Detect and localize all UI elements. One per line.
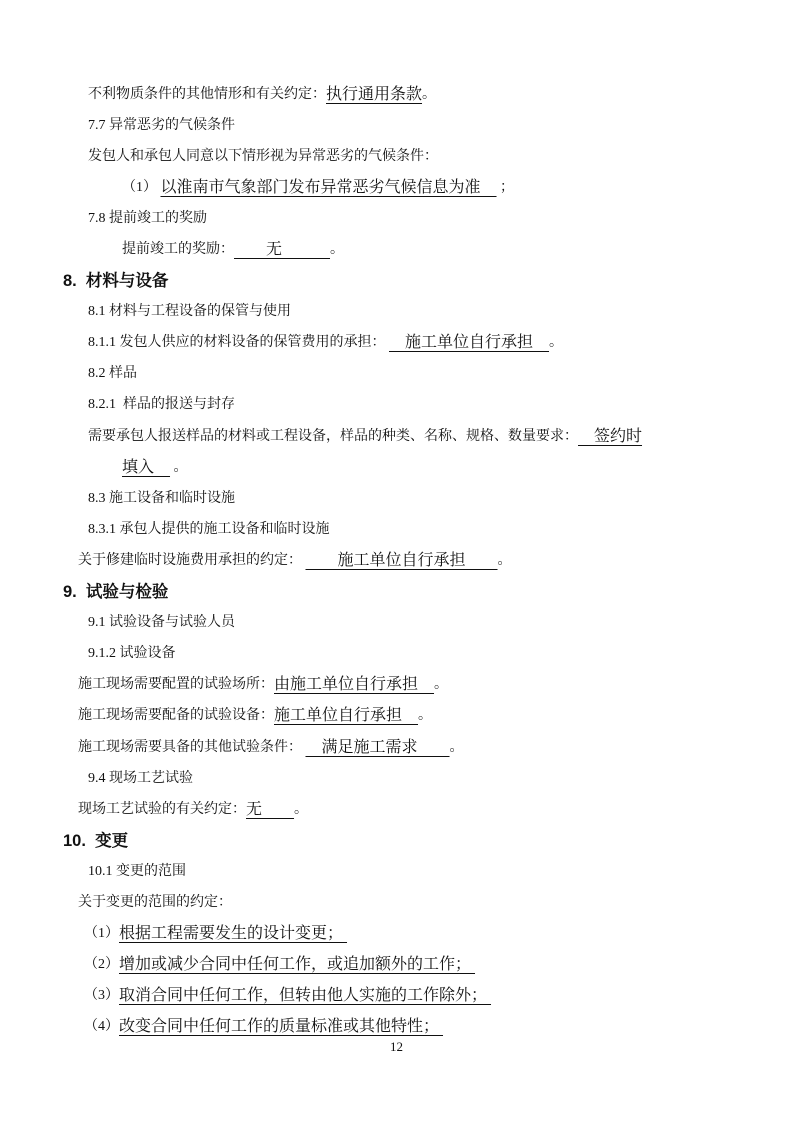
filled-blank: 签约时 (578, 429, 642, 445)
chapter-10-heading: 10. 变更 (63, 825, 725, 856)
text-segment: 。 (498, 554, 512, 568)
clause-8-2-1-title: 8.2.1 样品的报送与封存 (63, 390, 725, 421)
filled-blank: 无 (246, 802, 294, 818)
text-segment: 发包人和承包人同意以下情形视为异常恶劣的气候条件： (88, 150, 438, 164)
clause-8-2-1-text-line-1: 需要承包人报送样品的材料或工程设备，样品的种类、名称、规格、数量要求： 签约时 (63, 421, 725, 452)
clause-9-1-2-line-2: 施工现场需要配备的试验设备：施工单位自行承担 。 (63, 701, 725, 732)
chapter-8-heading: 8. 材料与设备 (63, 266, 725, 297)
text-segment: 8.3.1 承包人提供的施工设备和临时设施 (88, 523, 330, 537)
text-segment: 7.7 异常恶劣的气候条件 (88, 119, 235, 133)
clause-8-3-1-text: 关于修建临时设施费用承担的约定： 施工单位自行承担 。 (63, 545, 725, 576)
text-segment: 。 (549, 336, 563, 350)
filled-blank: 取消合同中任何工作，但转由他人实施的工作除外； (119, 988, 491, 1004)
filled-blank: 施工单位自行承担 (274, 708, 418, 724)
text-segment: 。 (450, 741, 464, 755)
page-number: 12 (0, 1039, 793, 1055)
text-segment: （1） (122, 181, 161, 195)
clause-9-4-title: 9.4 现场工艺试验 (63, 763, 725, 794)
text-segment: 8.1 材料与工程设备的保管与使用 (88, 305, 291, 319)
text-segment: 施工现场需要配备的试验设备： (78, 709, 274, 723)
filled-blank: 增加或减少合同中任何工作，或追加额外的工作； (119, 957, 475, 973)
text-segment: ； (497, 181, 515, 195)
text-segment: 10.1 变更的范围 (88, 865, 186, 879)
text-segment: （4） (84, 1020, 119, 1034)
text-segment: 。 (294, 803, 308, 817)
text-segment: （3） (84, 989, 119, 1003)
clause-7-8-title: 7.8 提前竣工的奖励 (63, 203, 725, 234)
text-segment: 7.8 提前竣工的奖励 (88, 212, 207, 226)
clause-7-7-intro: 发包人和承包人同意以下情形视为异常恶劣的气候条件： (63, 141, 725, 172)
contract-document-page: 不利物质条件的其他情形和有关约定：执行通用条款。7.7 异常恶劣的气候条件发包人… (0, 0, 793, 1122)
clause-10-1-title: 10.1 变更的范围 (63, 856, 725, 887)
filled-blank: 无 (234, 242, 330, 258)
filled-blank: 以淮南市气象部门发布异常恶劣气候信息为准 (161, 180, 497, 196)
clause-9-1-title: 9.1 试验设备与试验人员 (63, 608, 725, 639)
clause-7-6-agreement-line: 不利物质条件的其他情形和有关约定：执行通用条款。 (63, 79, 725, 110)
filled-blank: 由施工单位自行承担 (274, 677, 434, 693)
document-body: 不利物质条件的其他情形和有关约定：执行通用条款。7.7 异常恶劣的气候条件发包人… (63, 79, 725, 1043)
filled-blank: 施工单位自行承担 (306, 553, 498, 569)
text-segment: 9.1.2 试验设备 (88, 647, 176, 661)
filled-blank: 填入 (122, 460, 170, 476)
text-segment: （2） (84, 958, 119, 972)
clause-8-2-title: 8.2 样品 (63, 359, 725, 390)
text-segment: 关于修建临时设施费用承担的约定： (78, 554, 306, 568)
text-segment: 关于变更的范围的约定： (78, 896, 232, 910)
text-segment: 施工现场需要具备的其他试验条件： (78, 741, 306, 755)
clause-7-7-title: 7.7 异常恶劣的气候条件 (63, 110, 725, 141)
text-segment: 提前竣工的奖励： (122, 243, 234, 257)
text-segment: 。 (422, 88, 436, 102)
filled-blank: 根据工程需要发生的设计变更； (119, 926, 347, 942)
text-segment: 8.2.1 样品的报送与封存 (88, 398, 235, 412)
filled-blank: 执行通用条款 (326, 87, 422, 103)
text-segment: 8.3 施工设备和临时设施 (88, 492, 235, 506)
text-segment: 。 (434, 678, 448, 692)
text-segment: 8.2 样品 (88, 367, 137, 381)
text-segment: 现场工艺试验的有关约定： (78, 803, 246, 817)
clause-8-3-title: 8.3 施工设备和临时设施 (63, 483, 725, 514)
text-segment: 10. 变更 (63, 833, 128, 850)
variation-item-2: （2）增加或减少合同中任何工作，或追加额外的工作； (63, 950, 725, 981)
text-segment: （1） (84, 927, 119, 941)
filled-blank: 改变合同中任何工作的质量标准或其他特性； (119, 1019, 443, 1035)
text-segment: 。 (330, 243, 344, 257)
text-segment: 。 (418, 709, 432, 723)
filled-blank: 满足施工需求 (306, 740, 450, 756)
variation-item-1: （1）根据工程需要发生的设计变更； (63, 919, 725, 950)
clause-8-2-1-text-line-2: 填入 。 (63, 452, 725, 483)
clause-7-8-reward-line: 提前竣工的奖励： 无 。 (63, 234, 725, 265)
text-segment: 需要承包人报送样品的材料或工程设备，样品的种类、名称、规格、数量要求： (88, 430, 578, 444)
clause-8-1-title: 8.1 材料与工程设备的保管与使用 (63, 297, 725, 328)
clause-9-1-2-line-3: 施工现场需要具备的其他试验条件： 满足施工需求 。 (63, 732, 725, 763)
text-segment: 不利物质条件的其他情形和有关约定： (88, 88, 326, 102)
text-segment: 9.1 试验设备与试验人员 (88, 616, 235, 630)
clause-8-1-1-line: 8.1.1 发包人供应的材料设备的保管费用的承担： 施工单位自行承担 。 (63, 328, 725, 359)
text-segment: 9. 试验与检验 (63, 584, 168, 601)
clause-8-3-1-title: 8.3.1 承包人提供的施工设备和临时设施 (63, 514, 725, 545)
text-segment: 9.4 现场工艺试验 (88, 772, 193, 786)
clause-9-4-text: 现场工艺试验的有关约定：无 。 (63, 794, 725, 825)
clause-9-1-2-line-1: 施工现场需要配置的试验场所：由施工单位自行承担 。 (63, 670, 725, 701)
text-segment: 8. 材料与设备 (63, 273, 168, 290)
variation-item-3: （3）取消合同中任何工作，但转由他人实施的工作除外； (63, 981, 725, 1012)
clause-9-1-2-title: 9.1.2 试验设备 (63, 639, 725, 670)
text-segment: 。 (170, 461, 188, 475)
chapter-9-heading: 9. 试验与检验 (63, 577, 725, 608)
filled-blank: 施工单位自行承担 (389, 335, 549, 351)
clause-10-1-intro: 关于变更的范围的约定： (63, 887, 725, 918)
text-segment: 8.1.1 发包人供应的材料设备的保管费用的承担： (88, 336, 389, 350)
clause-7-7-item-1: （1） 以淮南市气象部门发布异常恶劣气候信息为准 ； (63, 172, 725, 203)
text-segment: 施工现场需要配置的试验场所： (78, 678, 274, 692)
